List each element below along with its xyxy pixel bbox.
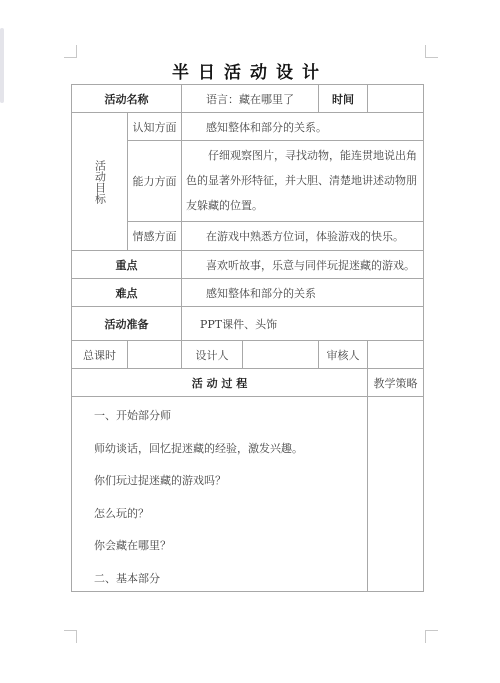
objectives-label: 活动目标 bbox=[94, 160, 106, 204]
process-line: 你们玩过捉迷藏的游戏吗？ bbox=[94, 470, 357, 503]
strategy-header: 教学策略 bbox=[367, 368, 424, 397]
difficulty-text: 感知整体和部分的关系 bbox=[181, 278, 424, 307]
page-corner-mark bbox=[64, 45, 77, 58]
objective-emotion-label: 情感方面 bbox=[127, 221, 182, 251]
preparation-text: PPT课件、头饰 bbox=[181, 306, 424, 341]
process-header: 活 动 过 程 bbox=[71, 368, 368, 397]
difficulty-label: 难点 bbox=[71, 278, 182, 307]
key-point-label: 重点 bbox=[71, 250, 182, 279]
objective-ability-text: 仔细观察图片，寻找动物，能连贯地说出角色的显著外形特征，并大胆、清楚地讲述动物朋… bbox=[181, 140, 424, 222]
objectives-label-cell: 活动目标 bbox=[71, 112, 128, 251]
strategy-body bbox=[367, 396, 424, 592]
process-line: 你会藏在哪里？ bbox=[94, 535, 357, 568]
objective-emotion-text: 在游戏中熟悉方位词，体验游戏的快乐。 bbox=[181, 221, 424, 251]
objective-cognitive-label: 认知方面 bbox=[127, 112, 182, 141]
total-hours-value bbox=[127, 340, 182, 369]
activity-name-label: 活动名称 bbox=[71, 84, 182, 113]
process-body: 一、开始部分师 师幼谈话，回忆捉迷藏的经验，激发兴趣。 你们玩过捉迷藏的游戏吗？… bbox=[71, 396, 368, 592]
reviewer-value bbox=[367, 340, 424, 369]
total-hours-label: 总课时 bbox=[71, 340, 128, 369]
process-line: 一、开始部分师 bbox=[94, 405, 357, 438]
objective-cognitive-text: 感知整体和部分的关系。 bbox=[181, 112, 424, 141]
activity-name-value: 语言：藏在哪里了 bbox=[181, 84, 319, 113]
page-corner-mark bbox=[425, 630, 438, 643]
page-title: 半日活动设计 bbox=[0, 58, 500, 83]
time-value bbox=[367, 84, 424, 113]
preparation-label: 活动准备 bbox=[71, 306, 182, 341]
designer-label: 设计人 bbox=[181, 340, 243, 369]
process-line: 怎么玩的？ bbox=[94, 503, 357, 536]
objective-ability-label: 能力方面 bbox=[127, 140, 182, 222]
process-line: 师幼谈话，回忆捉迷藏的经验，激发兴趣。 bbox=[94, 438, 357, 471]
reviewer-label: 审核人 bbox=[318, 340, 368, 369]
key-point-text: 喜欢听故事，乐意与同伴玩捉迷藏的游戏。 bbox=[181, 250, 424, 279]
process-line: 二、基本部分 bbox=[94, 568, 357, 601]
designer-value bbox=[242, 340, 319, 369]
page-corner-mark bbox=[64, 630, 77, 643]
time-label: 时间 bbox=[318, 84, 368, 113]
page-corner-mark bbox=[425, 45, 438, 58]
